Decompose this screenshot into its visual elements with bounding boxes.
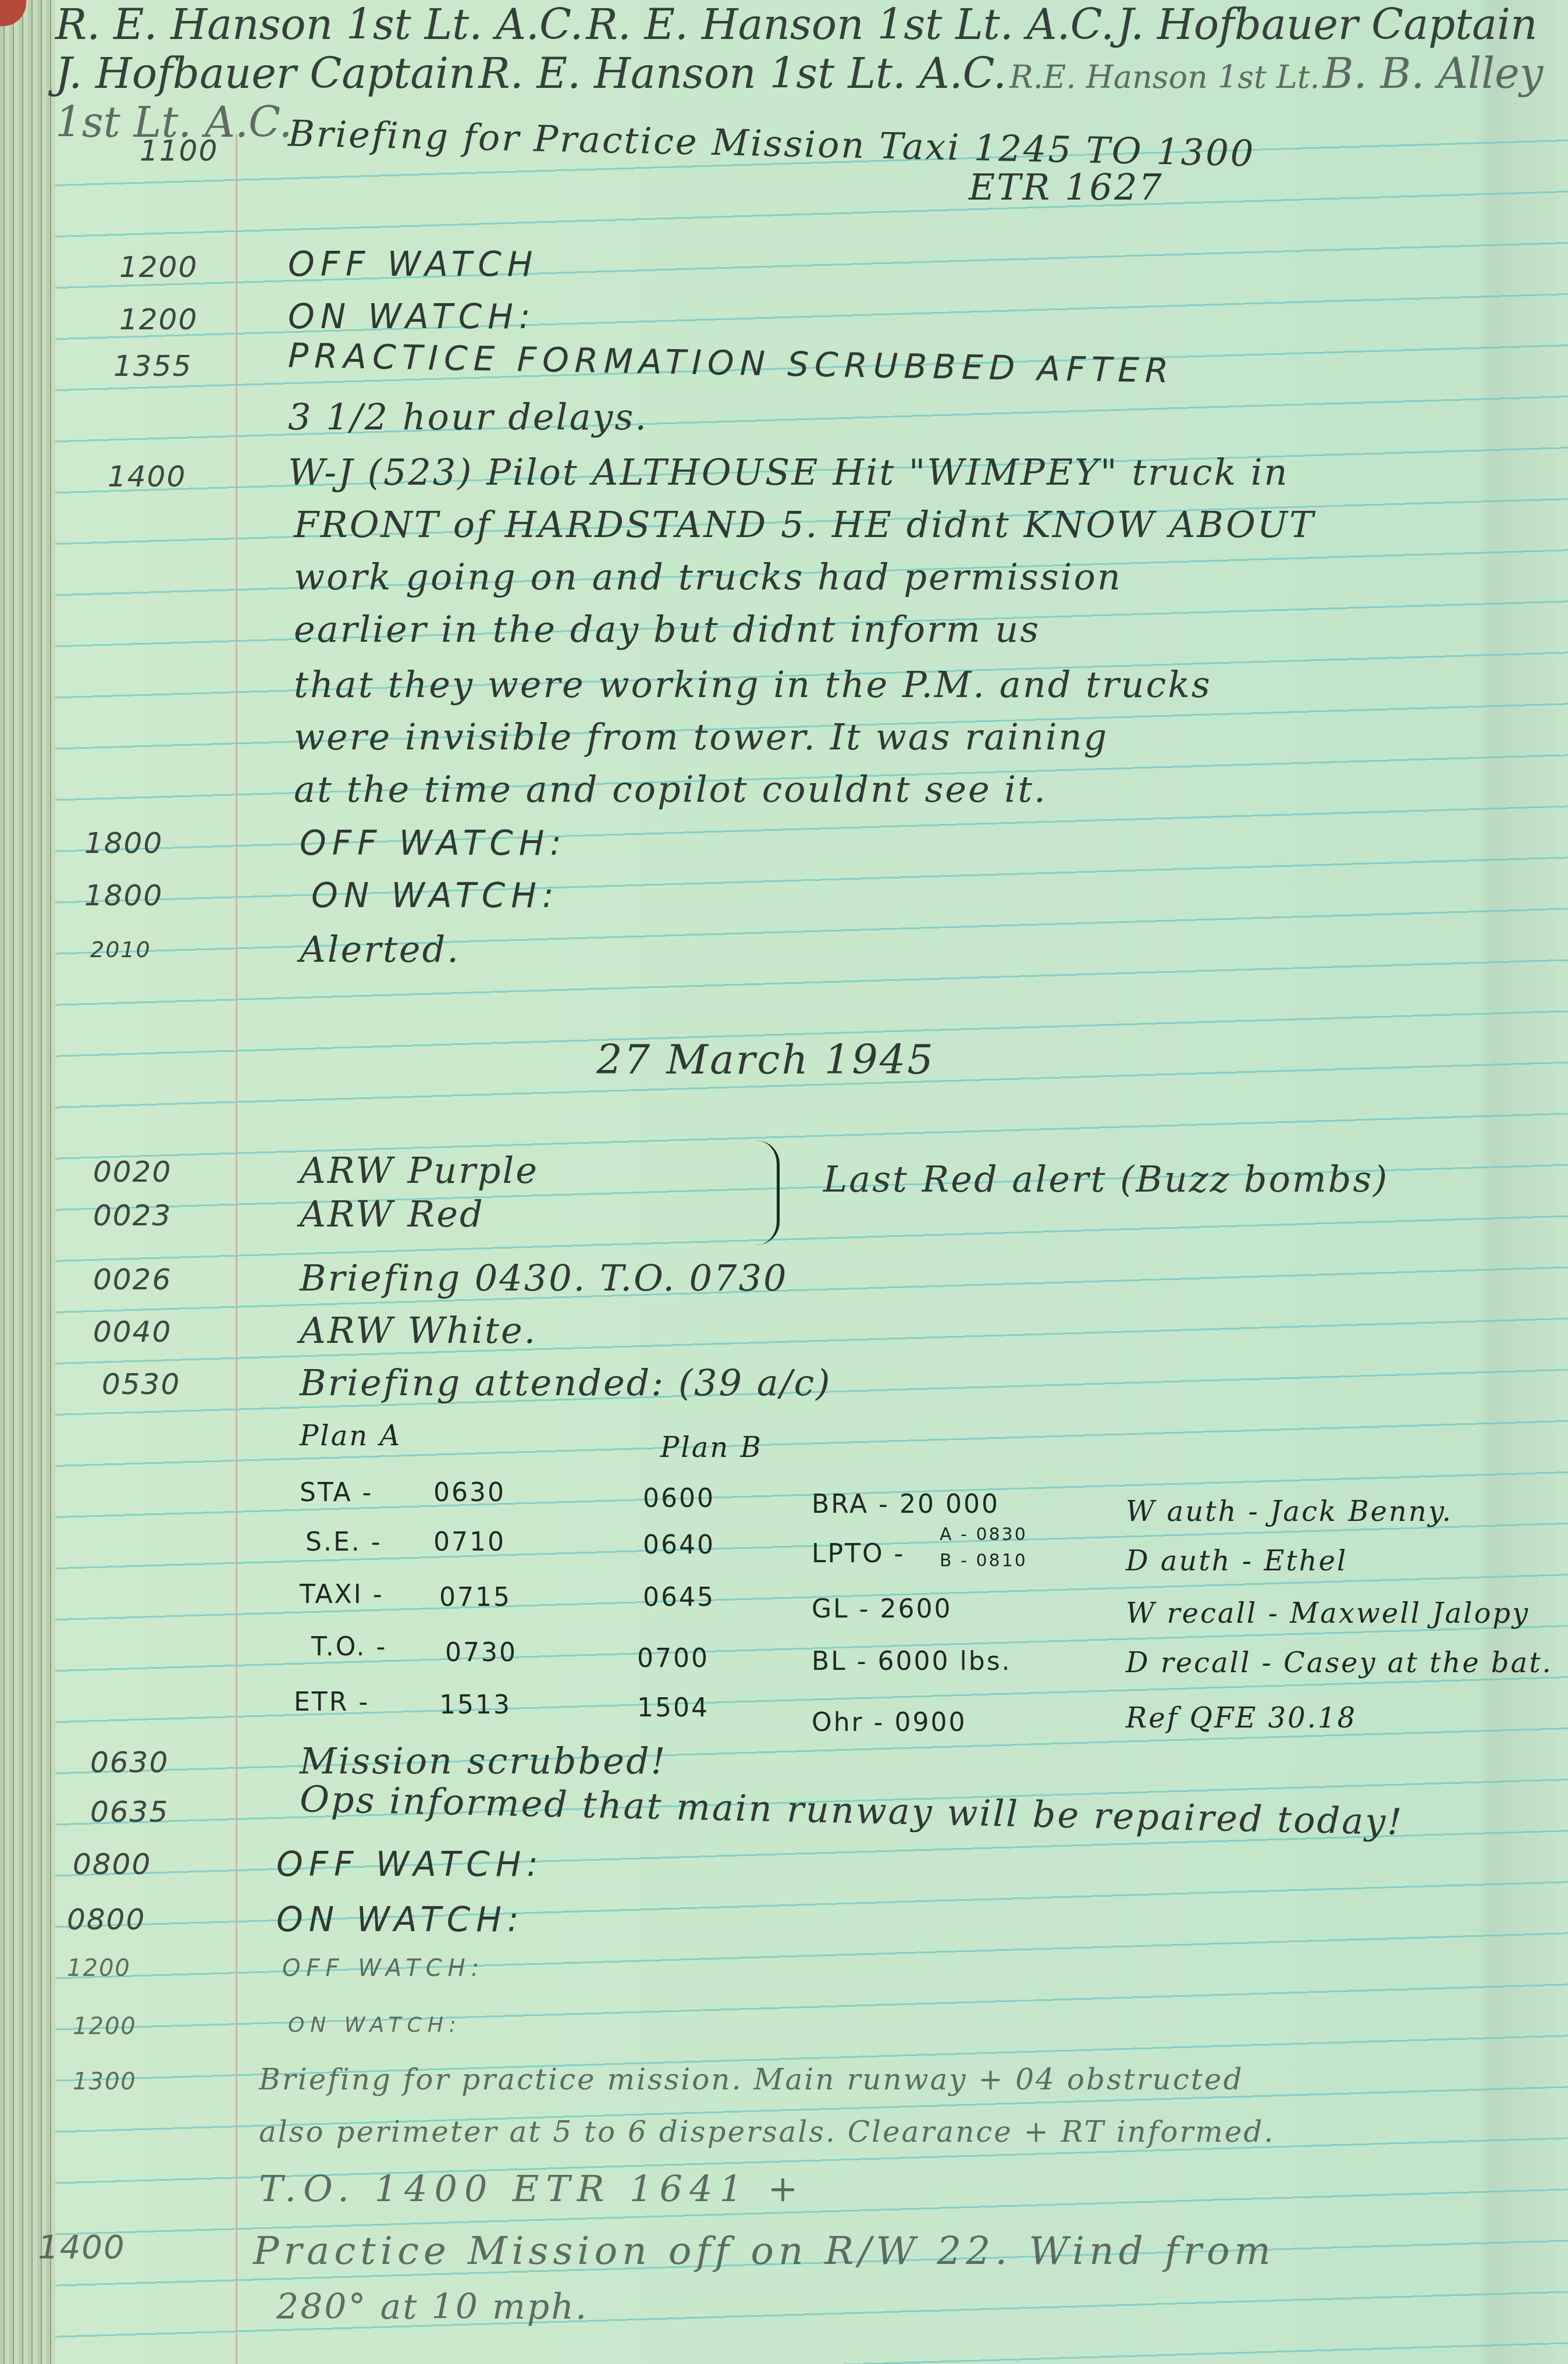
extra-value: Ohr - 0900 [812,1708,966,1737]
entry-line: at the time and copilot couldnt see it. [294,768,1047,810]
entry-text: ON WATCH: [288,297,536,336]
entry-time: 1200 [73,2013,137,2040]
entry-text: ARW White. [300,1309,537,1352]
table-header-plan-a: Plan A [300,1420,401,1452]
book-cover-corner [0,0,26,26]
entry-time: 1400 [38,2228,126,2266]
extra-value-b: B - 0810 [940,1551,1027,1571]
signature: R. E. Hanson 1st Lt. A.C. [479,49,1007,98]
signature: R. E. Hanson 1st Lt. A.C. [586,0,1114,49]
entry-text: OFF WATCH [288,244,538,284]
signature: R. E. Hanson 1st Lt. A.C. [55,0,583,49]
entry-text: OFF WATCH: [276,1844,544,1884]
entry-text: Briefing attended: (39 a/c) [300,1361,831,1404]
entry-note: ETR 1627 [969,166,1164,208]
entry-time: 1400 [108,460,186,493]
plan-b-value: 0600 [643,1484,715,1513]
entry-time: 1200 [119,250,198,284]
entry-line: work going on and trucks had permission [294,556,1122,598]
entry-time: 1800 [84,879,163,912]
plan-a-value: 0630 [433,1478,506,1508]
plan-a-value: 0710 [433,1527,506,1557]
entry-time: 1800 [84,826,163,860]
entry-text: Alerted. [300,928,460,971]
row-label: T.O. - [311,1632,387,1662]
date-heading: 27 March 1945 [596,1036,935,1083]
entry-time: 2010 [90,937,151,962]
auth-code: W recall - Maxwell Jalopy [1126,1597,1530,1630]
auth-code: D recall - Casey at the bat. [1126,1647,1553,1679]
entry-time: 0800 [73,1847,151,1881]
plan-b-value: 1504 [637,1693,709,1723]
row-label: STA - [300,1478,373,1508]
entry-time: 1355 [113,349,192,383]
brace-note: Last Red alert (Buzz bombs) [823,1158,1389,1200]
entry-line: earlier in the day but didnt inform us [294,608,1040,650]
plan-a-value: 0715 [439,1583,511,1612]
entry-line: that they were working in the P.M. and t… [294,663,1212,706]
entry-time: 0023 [93,1199,172,1232]
entry-line: 280° at 10 mph. [276,2287,588,2327]
entry-text: ARW Red [300,1193,485,1235]
ref-qfe: Ref QFE 30.18 [1126,1702,1357,1734]
entry-text-continued: 3 1/2 hour delays. [288,396,648,438]
entry-line: T.O. 1400 ETR 1641 + [259,2167,805,2210]
entry-line: FRONT of HARDSTAND 5. HE didnt KNOW ABOU… [294,503,1315,546]
extra-value: GL - 2600 [812,1594,952,1624]
log-page: 1100 Briefing for Practice Mission Taxi … [55,0,1568,2364]
row-label: S.E. - [305,1527,382,1557]
extra-label: LPTO - [812,1539,905,1569]
entry-line: Practice Mission off on R/W 22. Wind fro… [253,2228,1275,2273]
plan-a-value: 1513 [439,1690,511,1720]
entry-time: 0800 [67,1903,145,1936]
entry-line: W-J (523) Pilot ALTHOUSE Hit "WIMPEY" tr… [288,451,1289,493]
plan-b-value: 0640 [643,1530,715,1560]
margin-line [236,134,237,2364]
row-label: ETR - [294,1687,369,1717]
extra-value-a: A - 0830 [940,1524,1027,1545]
entry-time: 0020 [93,1155,172,1189]
table-header-plan-b: Plan B [660,1431,763,1464]
entry-time: 0026 [93,1263,172,1296]
entry-time: 0530 [102,1367,180,1401]
book-spine [0,0,55,2364]
entry-text: ARW Purple [300,1149,539,1192]
signature: J. Hofbauer Captain [55,49,476,98]
entry-line: were invisible from tower. It was rainin… [294,716,1108,758]
entry-time: 0635 [90,1795,169,1829]
plan-b-value: 0700 [637,1644,709,1673]
entry-text: Mission scrubbed! [300,1740,667,1782]
entry-text: ON WATCH: [311,876,559,915]
bracket [753,1140,780,1245]
entry-text: Briefing 0430. T.O. 0730 [300,1257,788,1299]
plan-b-value: 0645 [643,1583,715,1612]
entry-line: also perimeter at 5 to 6 dispersals. Cle… [259,2115,1275,2149]
entry-time: 1200 [67,1955,131,1982]
entry-text: OFF WATCH: [300,823,567,863]
extra-value: BL - 6000 lbs. [812,1647,1012,1676]
entry-time: 0630 [90,1746,169,1779]
entry-time: 1300 [73,2068,137,2095]
entry-line: Briefing for practice mission. Main runw… [259,2063,1243,2096]
entry-time: 0040 [93,1315,172,1349]
extra-value: BRA - 20 000 [812,1490,1000,1519]
auth-code: D auth - Ethel [1126,1545,1347,1577]
signature: R.E. Hanson 1st Lt. [1009,59,1320,95]
auth-code: W auth - Jack Benny. [1126,1495,1453,1528]
plan-a-value: 0730 [445,1638,517,1668]
entry-text: ON WATCH: [288,2013,462,2037]
signature: J. Hofbauer Captain [1117,0,1538,49]
entry-text: OFF WATCH: [282,1955,485,1982]
entry-text: ON WATCH: [276,1900,524,1939]
entry-time: 1200 [119,303,198,336]
row-label: TAXI - [300,1580,384,1609]
